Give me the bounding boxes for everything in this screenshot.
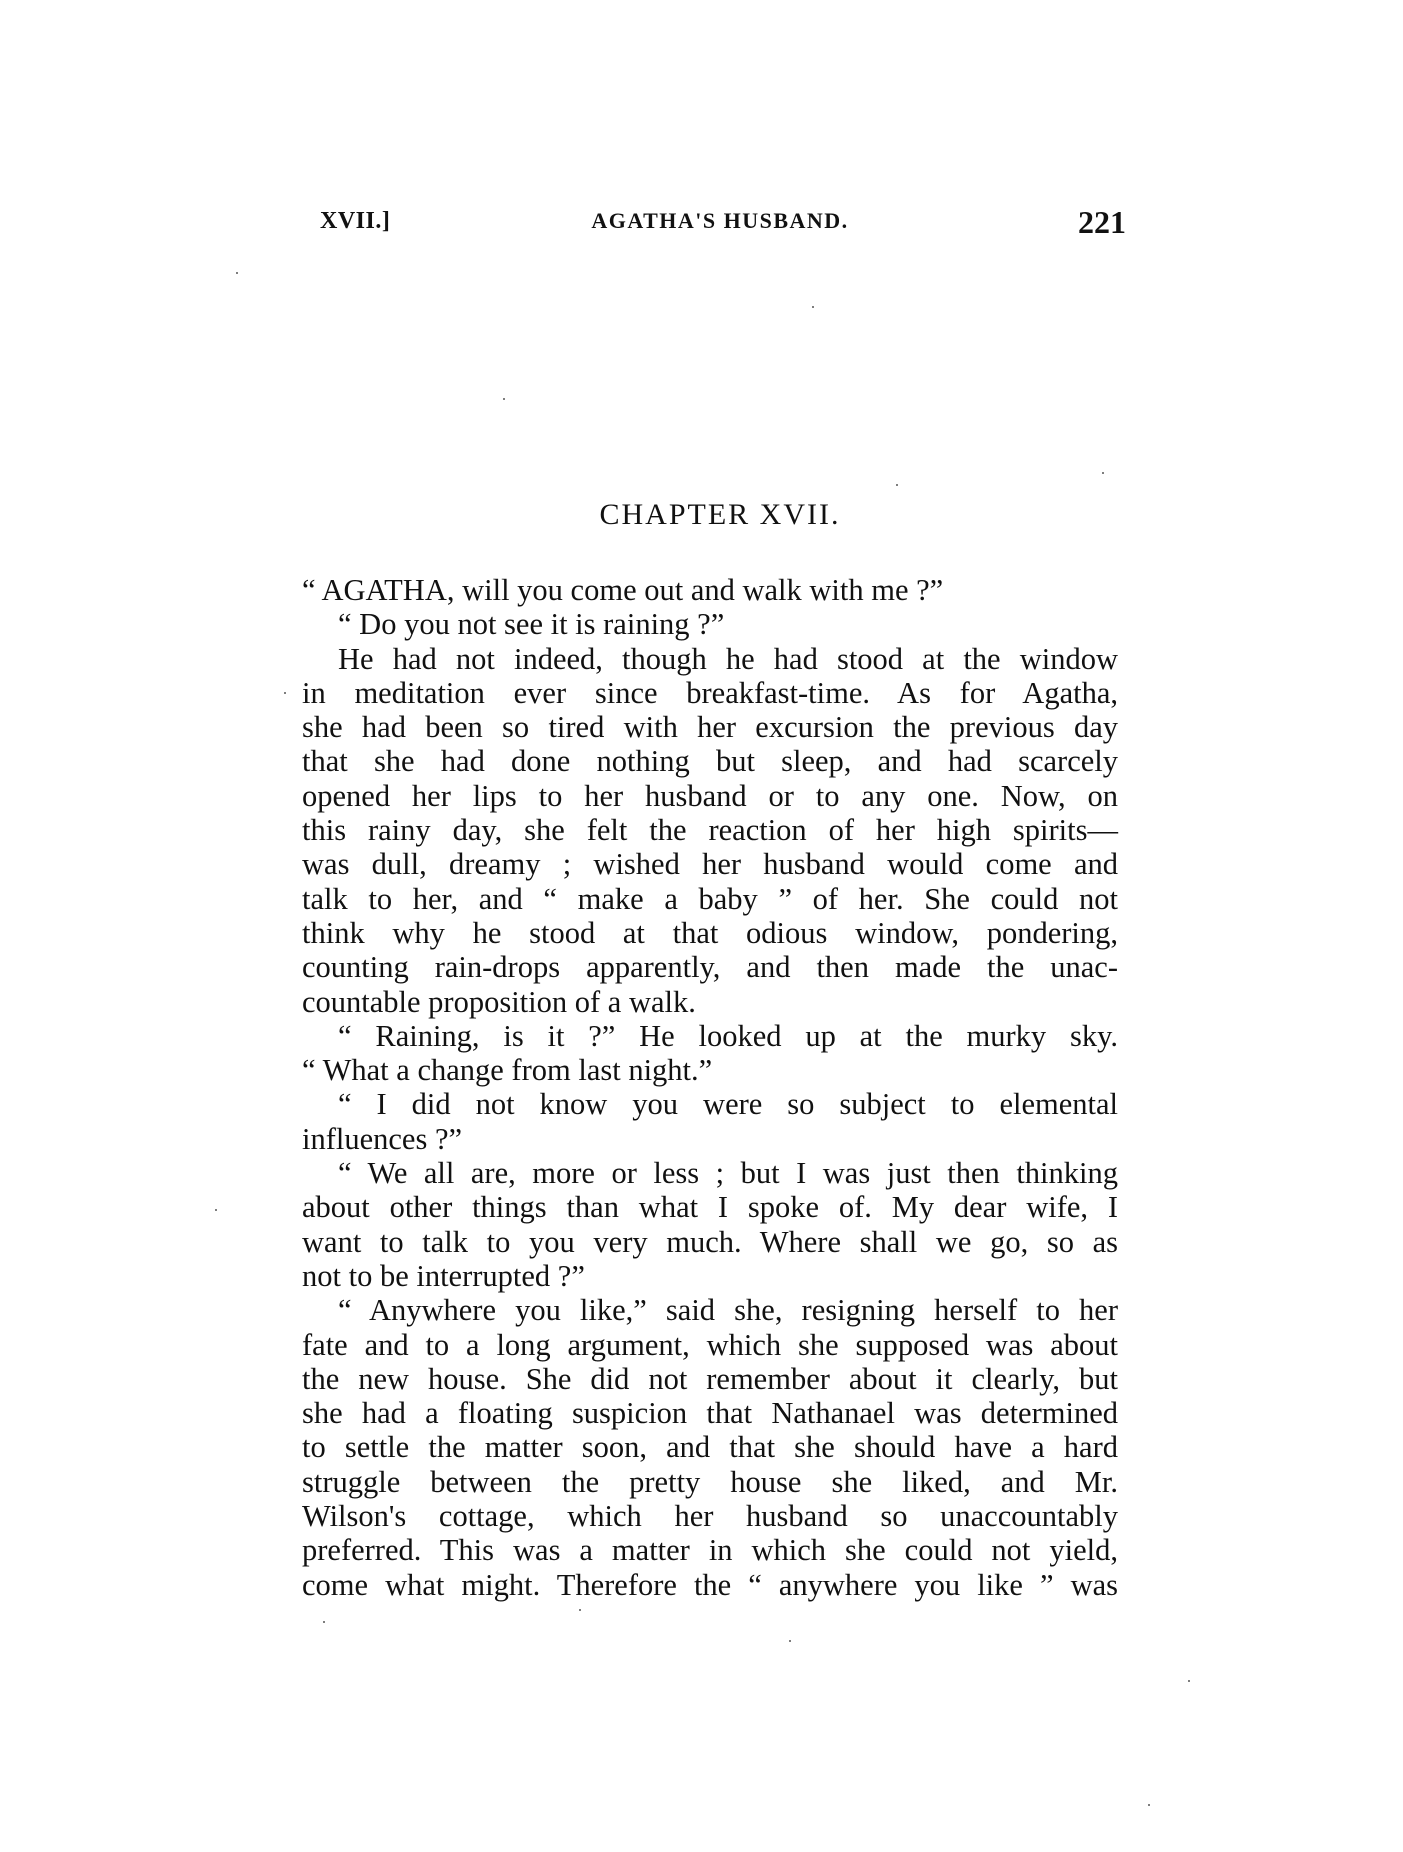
scan-speck [503,398,505,400]
text-line: “ Anywhere you like,” said she, resignin… [302,1293,1118,1327]
scan-speck [323,1621,325,1623]
text-line: want to talk to you very much. Where sha… [302,1225,1118,1259]
text-line: she had a floating suspicion that Nathan… [302,1396,1118,1430]
text-line: “ Do you not see it is raining ?” [302,607,1118,641]
page-number: 221 [1078,204,1126,241]
text-line: “ AGATHA, will you come out and walk wit… [302,573,1118,607]
text-line: Wilson's cottage, which her husband so u… [302,1499,1118,1533]
text-line: struggle between the pretty house she li… [302,1465,1118,1499]
text-line: countable proposition of a walk. [302,985,1118,1019]
scan-speck [812,306,814,308]
scan-speck [789,1640,791,1642]
scan-speck [236,272,238,274]
scan-speck [1188,1680,1190,1682]
text-line: He had not indeed, though he had stood a… [302,642,1118,676]
text-line: was dull, dreamy ; wished her husband wo… [302,847,1118,881]
text-line: to settle the matter soon, and that she … [302,1430,1118,1464]
text-line: preferred. This was a matter in which sh… [302,1533,1118,1567]
scan-speck [1102,472,1104,474]
running-head-title: AGATHA'S HUSBAND. [314,208,1126,234]
chapter-title: CHAPTER XVII. [314,498,1126,532]
text-line: this rainy day, she felt the reaction of… [302,813,1118,847]
scan-speck [896,484,898,486]
text-line: “ Raining, is it ?” He looked up at the … [302,1019,1118,1053]
text-line: talk to her, and “ make a baby ” of her.… [302,882,1118,916]
text-line: “ We all are, more or less ; but I was j… [302,1156,1118,1190]
text-line: about other things than what I spoke of.… [302,1190,1118,1224]
body-text: “ AGATHA, will you come out and walk wit… [302,573,1118,1602]
scan-speck [1148,1804,1150,1806]
text-line: that she had done nothing but sleep, and… [302,744,1118,778]
text-line: she had been so tired with her excursion… [302,710,1118,744]
text-line: influences ?” [302,1122,1118,1156]
text-line: “ I did not know you were so subject to … [302,1087,1118,1121]
scan-speck [215,1209,217,1211]
text-line: opened her lips to her husband or to any… [302,779,1118,813]
scan-speck [284,692,286,694]
text-line: not to be interrupted ?” [302,1259,1118,1293]
text-line: in meditation ever since breakfast-time.… [302,676,1118,710]
scan-speck [579,1609,581,1611]
text-line: the new house. She did not remember abou… [302,1362,1118,1396]
text-line: think why he stood at that odious window… [302,916,1118,950]
text-line: fate and to a long argument, which she s… [302,1328,1118,1362]
text-line: come what might. Therefore the “ anywher… [302,1568,1118,1602]
running-head: XVII.] AGATHA'S HUSBAND. 221 [314,206,1126,242]
text-line: “ What a change from last night.” [302,1053,1118,1087]
text-line: counting rain-drops apparently, and then… [302,950,1118,984]
